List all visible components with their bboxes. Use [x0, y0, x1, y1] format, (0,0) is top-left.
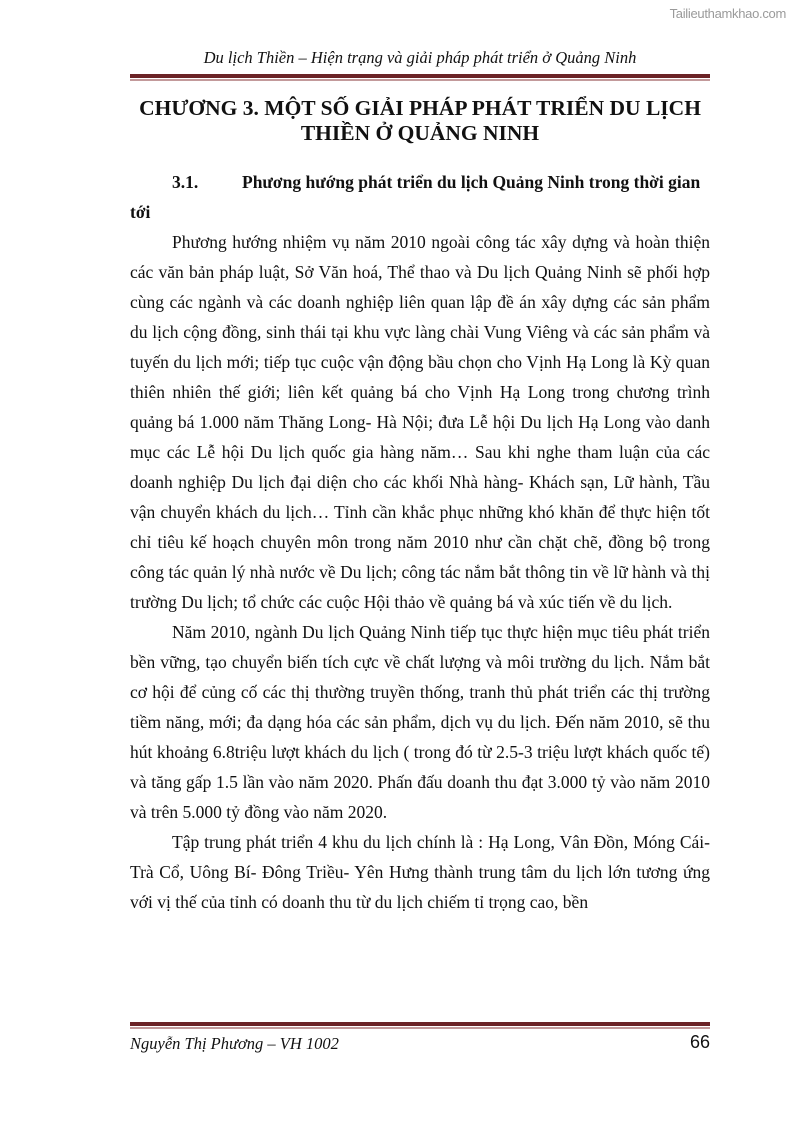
body-text: Phương hướng nhiệm vụ năm 2010 ngoài côn… [130, 227, 710, 917]
section-heading: 3.1.Phương hướng phát triển du lịch Quản… [130, 167, 710, 227]
watermark: Tailieuthamkhao.com [670, 6, 786, 21]
paragraph: Phương hướng nhiệm vụ năm 2010 ngoài côn… [130, 227, 710, 617]
footer-author: Nguyễn Thị Phương – VH 1002 [130, 1034, 339, 1054]
page-number: 66 [690, 1032, 710, 1053]
chapter-title: CHƯƠNG 3. MỘT SỐ GIẢI PHÁP PHÁT TRIỂN DU… [130, 96, 710, 146]
paragraph: Năm 2010, ngành Du lịch Quảng Ninh tiếp … [130, 617, 710, 827]
chapter-title-line1: CHƯƠNG 3. MỘT SỐ GIẢI PHÁP PHÁT TRIỂN DU… [130, 96, 710, 121]
chapter-title-line2: THIỀN Ở QUẢNG NINH [130, 121, 710, 146]
section-number: 3.1. [130, 167, 242, 197]
header-rule [130, 74, 710, 81]
running-header: Du lịch Thiền – Hiện trạng và giải pháp … [130, 48, 710, 68]
paragraph: Tập trung phát triển 4 khu du lịch chính… [130, 827, 710, 917]
footer-rule [130, 1022, 710, 1029]
